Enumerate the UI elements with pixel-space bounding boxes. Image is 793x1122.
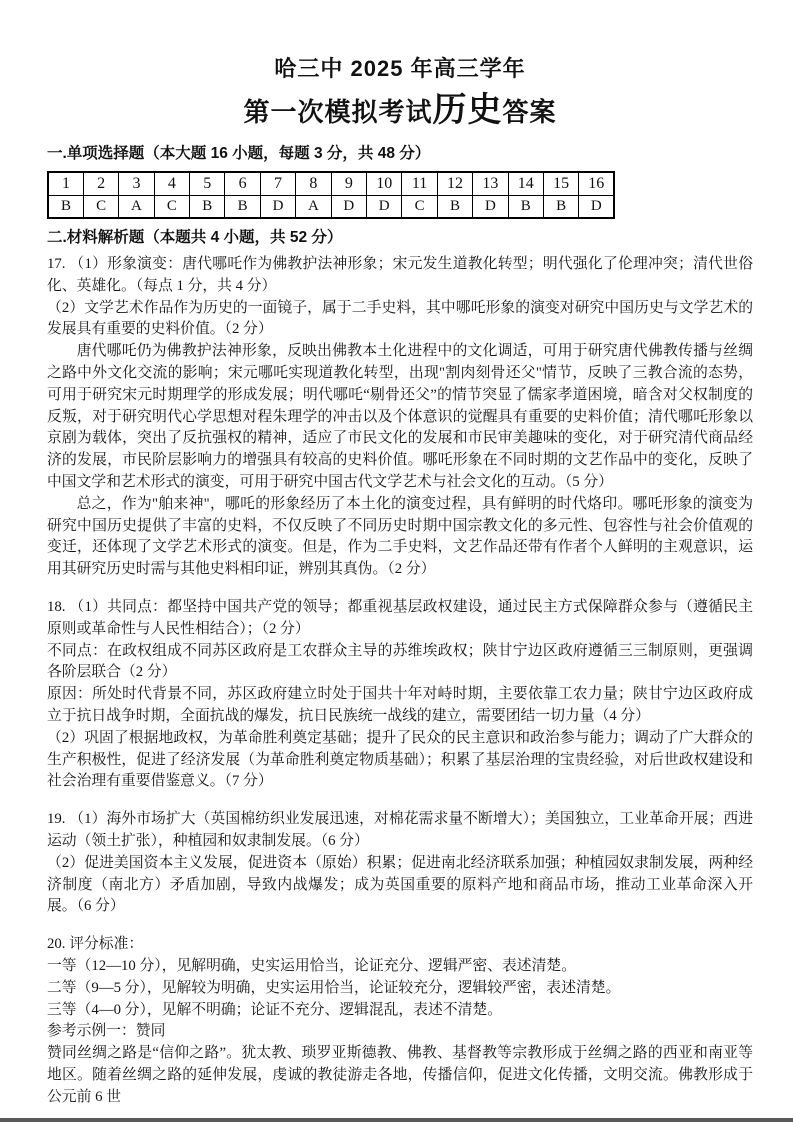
answer-number-cell: 3 [119,172,154,195]
answer-number-cell: 7 [260,172,295,195]
answer-letter-cell: B [543,195,578,218]
answer-letter-cell: D [331,195,366,218]
answer-number-cell: 11 [402,172,437,195]
answer-letter-cell: C [83,195,118,218]
answer-paragraph: 总之，作为"舶来神"，哪吒的形象经历了本土化的演变过程，具有鲜明的时代烙印。哪吒… [47,494,753,581]
title-subject-name: 历史 [433,92,503,129]
answer-letter-cell: A [119,195,154,218]
answer-paragraphs: 17. （1）形象演变：唐代哪吒作为佛教护法神形象；宋元发生道教化转型；明代强化… [47,254,753,1108]
answer-paragraph: 18. （1）共同点：都坚持中国共产党的领导；都重视基层政权建设，通过民主方式保… [47,597,753,641]
answer-paragraph: 唐代哪吒仍为佛教护法神形象，反映出佛教本土化进程中的文化调适，可用于研究唐代佛教… [47,341,753,494]
answer-paragraph: 一等（12—10 分），见解明确，史实运用恰当，论证充分、逻辑严密、表述清楚。 [47,956,753,978]
page-content: 哈三中 2025 年高三学年 第一次模拟考试历史答案 一.单项选择题（本大题 1… [0,0,793,1108]
answer-paragraph: （2）促进美国资本主义发展，促进资本（原始）积累；促进南北经济联系加强；种植园奴… [47,853,753,918]
answer-number-cell: 1 [48,172,83,195]
answer-letter-cell: A [296,195,331,218]
answer-paragraph: （2）文学艺术作品作为历史的一面镜子，属于二手史料，其中哪吒形象的演变对研究中国… [47,298,753,342]
answer-letter-cell: B [437,195,472,218]
answer-number-cell: 12 [437,172,472,195]
answer-letter-cell: D [579,195,614,218]
title-answer-word: 答案 [503,97,557,127]
answer-paragraph: 不同点：在政权组成不同苏区政府是工农群众主导的苏维埃政权；陕甘宁边区政府遵循三三… [47,641,753,685]
answer-number-cell: 9 [331,172,366,195]
document-title-line2: 第一次模拟考试历史答案 [47,91,753,132]
section-one-heading: 一.单项选择题（本大题 16 小题，每题 3 分，共 48 分） [47,143,753,165]
answer-paragraph: （2）巩固了根据地政权，为革命胜利奠定基础；提升了民众的民主意识和政治参与能力；… [47,728,753,793]
page-bottom-divider [0,1118,793,1122]
answer-paragraph: 三等（4—0 分），见解不明确；论证不充分、逻辑混乱，表述不清楚。 [47,1000,753,1022]
answer-paragraph: 19. （1）海外市场扩大（英国棉纺织业发展迅速，对棉花需求量不断增大）；美国独… [47,809,753,853]
answer-paragraph: 17. （1）形象演变：唐代哪吒作为佛教护法神形象；宋元发生道教化转型；明代强化… [47,254,753,298]
answer-letter-cell: D [367,195,402,218]
answer-number-cell: 2 [83,172,118,195]
title-exam-name: 第一次模拟考试 [243,97,432,127]
answer-number-cell: 4 [154,172,189,195]
answer-paragraph: 二等（9—5 分），见解较为明确，史实运用恰当，论证较充分，逻辑较严密，表述清楚… [47,978,753,1000]
answer-paragraph: 原因：所处时代背景不同，苏区政府建立时处于国共十年对峙时期，主要依靠工农力量；陕… [47,684,753,728]
answer-number-cell: 6 [225,172,260,195]
answer-letter-cell: B [225,195,260,218]
answer-paragraph: 参考示例一：赞同 [47,1021,753,1043]
answer-letter-cell: D [260,195,295,218]
answer-number-cell: 15 [543,172,578,195]
answer-letter-cell: B [190,195,225,218]
answer-number-cell: 8 [296,172,331,195]
answer-table-number-row: 12345678910111213141516 [48,172,614,195]
answer-letter-cell: B [48,195,83,218]
answer-number-cell: 10 [367,172,402,195]
answer-number-cell: 5 [190,172,225,195]
multiple-choice-answer-table: 12345678910111213141516 BCACBBDADDCBDBBD [47,171,615,219]
answer-number-cell: 14 [508,172,543,195]
answer-table-letter-row: BCACBBDADDCBDBBD [48,195,614,218]
answer-number-cell: 16 [579,172,614,195]
document-title-line1: 哈三中 2025 年高三学年 [47,54,753,84]
answer-letter-cell: C [154,195,189,218]
document-page: 哈三中 2025 年高三学年 第一次模拟考试历史答案 一.单项选择题（本大题 1… [0,0,793,1122]
answer-letter-cell: B [508,195,543,218]
section-two-heading: 二.材料解析题（本题共 4 小题，共 52 分） [47,227,753,249]
answer-paragraph: 20. 评分标准： [47,934,753,956]
answer-letter-cell: D [473,195,508,218]
answer-letter-cell: C [402,195,437,218]
answer-paragraph: 赞同丝绸之路是“信仰之路”。犹太教、琐罗亚斯德教、佛教、基督教等宗教形成于丝绸之… [47,1043,753,1108]
answer-number-cell: 13 [473,172,508,195]
